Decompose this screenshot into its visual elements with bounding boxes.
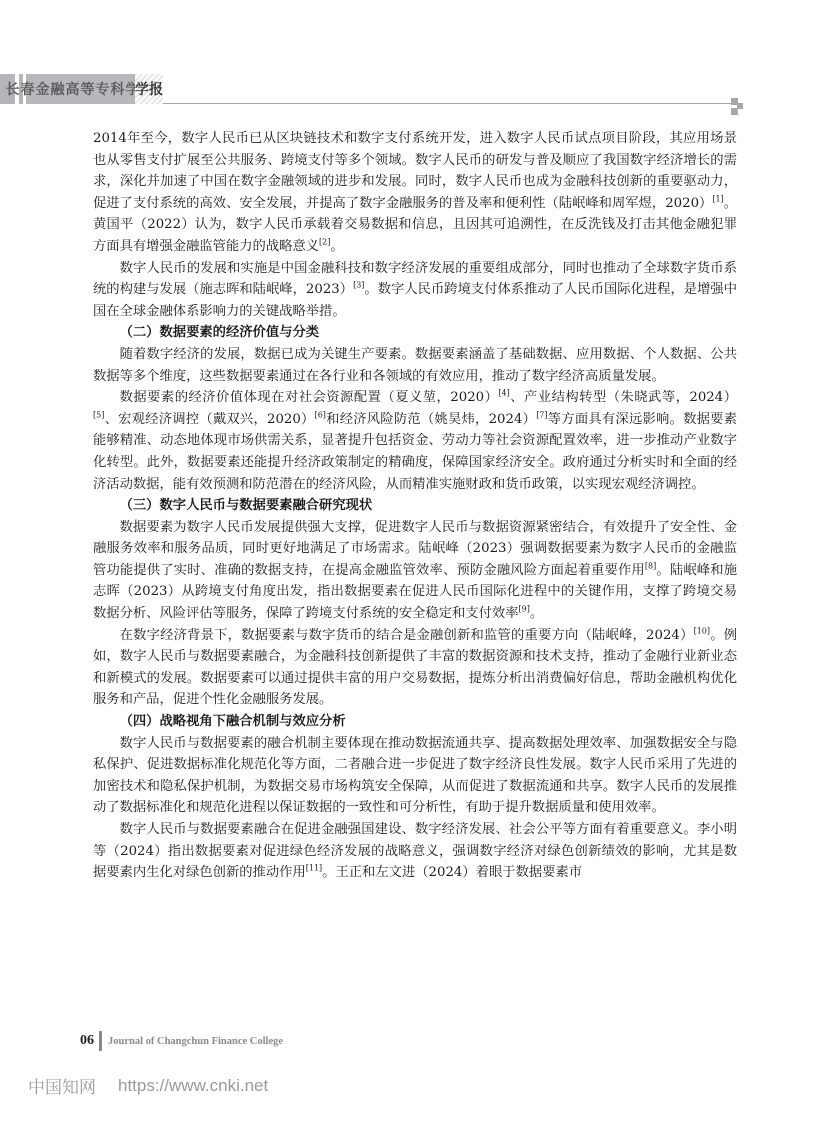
citation-ref[interactable]: [6] (315, 410, 326, 419)
citation-ref[interactable]: [8] (645, 561, 656, 570)
citation-ref[interactable]: [11] (306, 864, 322, 873)
header-rule (163, 103, 733, 104)
body-paragraph: 数字人民币与数据要素融合在促进金融强国建设、数字经济发展、社会公平等方面有着重要… (93, 819, 737, 884)
watermark-url[interactable]: https://www.cnki.net (118, 1076, 268, 1096)
body-paragraph: 数字人民币与数据要素的融合机制主要体现在推动数据流通共享、提高数据处理效率、加强… (93, 733, 737, 819)
section-heading: （三）数字人民币与数据要素融合研究现状 (93, 495, 737, 517)
citation-ref[interactable]: [9] (519, 605, 530, 614)
citation-ref[interactable]: [3] (353, 281, 364, 290)
body-paragraph: 随着数字经济的发展，数据已成为关键生产要素。数据要素涵盖了基础数据、应用数据、个… (93, 344, 737, 387)
body-paragraph: 数据要素的经济价值体现在对社会资源配置（夏义堃，2020）[4]、产业结构转型（… (93, 387, 737, 495)
body-paragraph: 数据要素为数字人民币发展提供强大支撑，促进数字人民币与数据资源紧密结合，有效提升… (93, 517, 737, 625)
body-paragraph: 在数字经济背景下，数据要素与数字货币的结合是金融创新和监管的重要方向（陆岷峰，2… (93, 625, 737, 711)
article-body: 2014年至今，数字人民币已从区块链技术和数字支付系统开发，进入数字人民币试点项… (93, 128, 737, 884)
citation-ref[interactable]: [2] (319, 238, 330, 247)
watermark-site-name: 中国知网 (28, 1073, 96, 1098)
citation-ref[interactable]: [10] (694, 626, 710, 635)
journal-title-box: 长春金融高等专科学校 (26, 74, 135, 104)
cnki-watermark: 中国知网 https://www.cnki.net (28, 1073, 268, 1098)
journal-subtitle-box: 学报 (135, 74, 163, 104)
section-heading: （二）数据要素的经济价值与分类 (93, 322, 737, 344)
journal-header: 长春金融高等专科学校 学报 (0, 74, 830, 114)
journal-name-en: Journal of Changchun Finance College (108, 1036, 283, 1047)
citation-ref[interactable]: [5] (93, 410, 104, 419)
page-number: 06 (80, 1033, 94, 1049)
journal-subtitle: 学报 (135, 79, 163, 99)
body-paragraph: 2014年至今，数字人民币已从区块链技术和数字支付系统开发，进入数字人民币试点项… (93, 128, 737, 258)
citation-ref[interactable]: [1] (712, 194, 723, 203)
citation-ref[interactable]: [7] (536, 410, 547, 419)
citation-ref[interactable]: [4] (498, 389, 509, 398)
body-paragraph: 数字人民币的发展和实施是中国金融科技和数字经济发展的重要组成部分，同时也推动了全… (93, 258, 737, 323)
journal-title: 长春金融高等专科学校 (6, 79, 156, 99)
page-footer: 06 Journal of Changchun Finance College (80, 1030, 283, 1052)
section-heading: （四）战略视角下融合机制与效应分析 (93, 711, 737, 733)
footer-divider (99, 1031, 102, 1051)
header-corner-square-icon (731, 108, 738, 115)
